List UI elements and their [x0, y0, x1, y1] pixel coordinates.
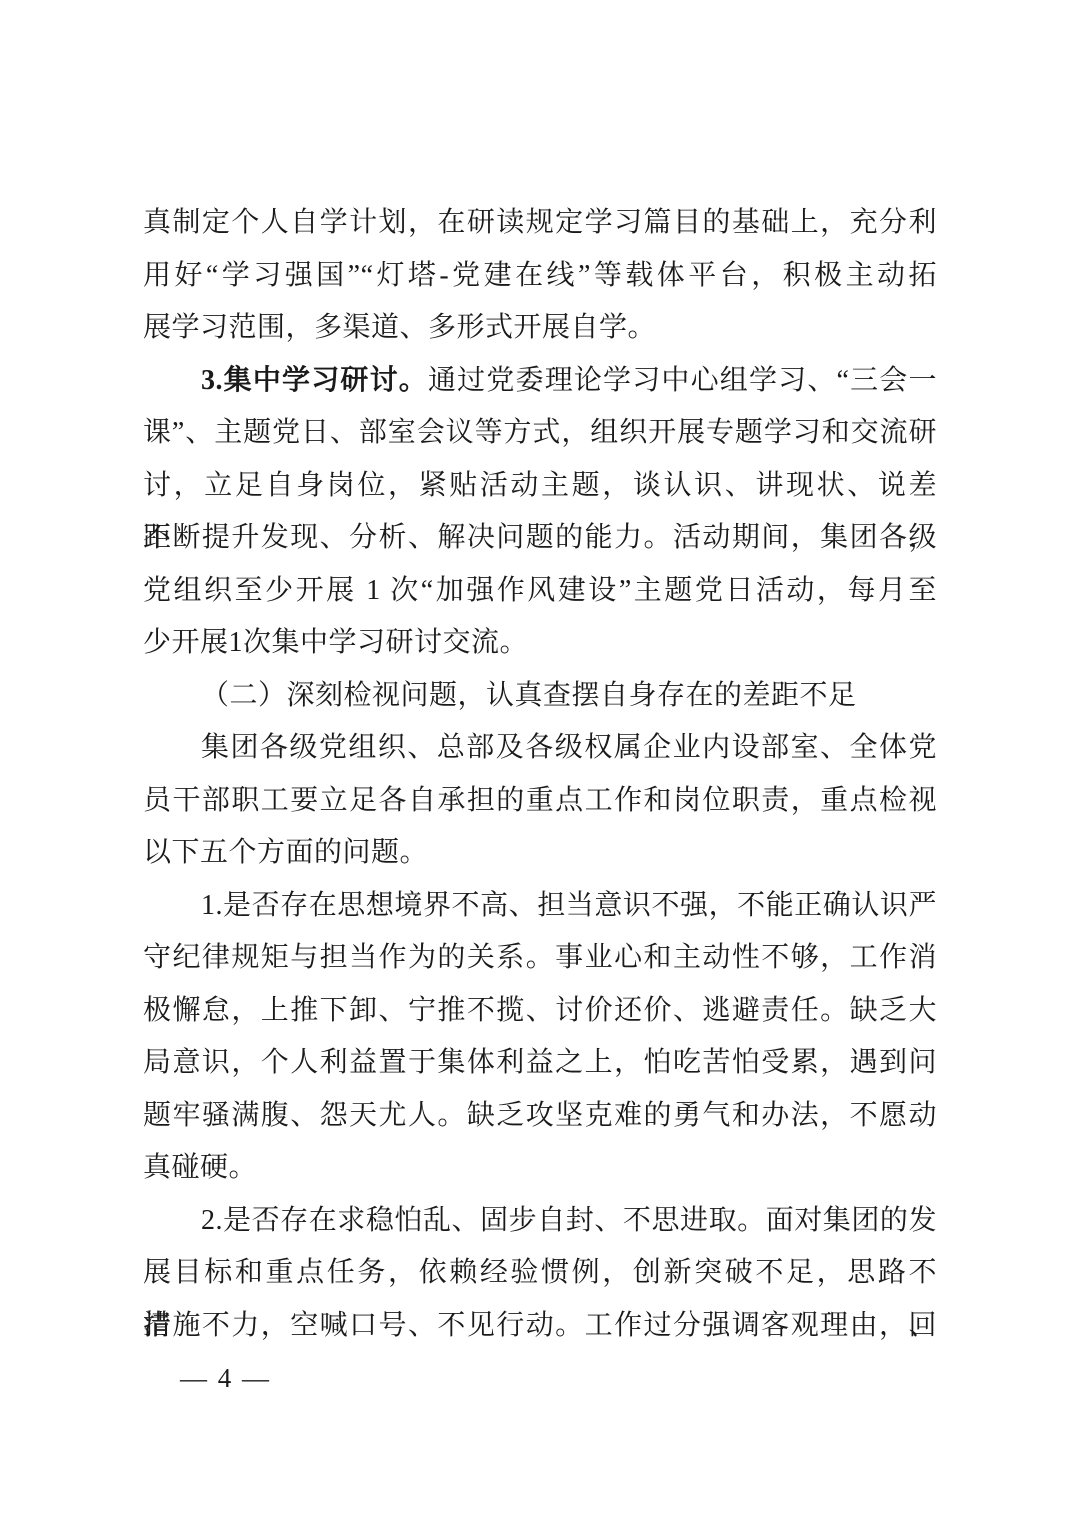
text-line: 极懈怠，上推下卸、宁推不揽、讨价还价、逃避责任。缺乏大 — [143, 985, 937, 1038]
text-line: 2.是否存在求稳怕乱、固步自封、不思进取。面对集团的发 — [143, 1195, 937, 1248]
text-line: 集团各级党组织、总部及各级权属企业内设部室、全体党 — [143, 722, 937, 775]
text-line: 用好“学习强国”“灯塔-党建在线”等载体平台，积极主动拓 — [143, 250, 937, 303]
text-line: 真碰硬。 — [143, 1142, 937, 1195]
text-line: 讨，立足自身岗位，紧贴活动主题，谈认识、讲现状、说差距， — [143, 460, 937, 513]
text-line: 党组织至少开展 1 次“加强作风建设”主题党日活动，每月至 — [143, 565, 937, 618]
text-run: 少开展1次集中学习研讨交流。 — [143, 627, 528, 658]
document-page: 真制定个人自学计划，在研读规定学习篇目的基础上，充分利 用好“学习强国”“灯塔-… — [0, 0, 1080, 1527]
text-run: （二）深刻检视问题，认真查摆自身存在的差距不足 — [201, 680, 857, 711]
text-line: 展学习范围，多渠道、多形式开展自学。 — [143, 302, 937, 355]
text-run: 课”、主题党日、部室会议等方式，组织开展专题学习和交流研 — [143, 417, 937, 448]
text-line: 不断提升发现、分析、解决问题的能力。活动期间，集团各级 — [143, 512, 937, 565]
text-line: 课”、主题党日、部室会议等方式，组织开展专题学习和交流研 — [143, 407, 937, 460]
bold-run: 3.集中学习研讨。 — [201, 365, 428, 396]
text-run: 1.是否存在思想境界不高、担当意识不强，不能正确认识严 — [201, 890, 937, 921]
text-line: 题牢骚满腹、怨天尤人。缺乏攻坚克难的勇气和办法，不愿动 — [143, 1090, 937, 1143]
text-line: 措施不力，空喊口号、不见行动。工作过分强调客观理由，回 — [143, 1300, 937, 1353]
text-run: 不断提升发现、分析、解决问题的能力。活动期间，集团各级 — [143, 522, 937, 553]
text-run: 员干部职工要立足各自承担的重点工作和岗位职责，重点检视 — [143, 785, 937, 816]
text-run: 通过党委理论学习中心组学习、“三会一 — [428, 365, 937, 396]
text-run: 党组织至少开展 1 次“加强作风建设”主题党日活动，每月至 — [143, 575, 937, 606]
text-line: 真制定个人自学计划，在研读规定学习篇目的基础上，充分利 — [143, 197, 937, 250]
text-run: 极懈怠，上推下卸、宁推不揽、讨价还价、逃避责任。缺乏大 — [143, 995, 937, 1026]
text-line: 员干部职工要立足各自承担的重点工作和岗位职责，重点检视 — [143, 775, 937, 828]
text-line: 局意识，个人利益置于集体利益之上，怕吃苦怕受累，遇到问 — [143, 1037, 937, 1090]
document-body: 真制定个人自学计划，在研读规定学习篇目的基础上，充分利 用好“学习强国”“灯塔-… — [143, 197, 937, 1352]
text-line: 展目标和重点任务，依赖经验惯例，创新突破不足，思路不清、 — [143, 1247, 937, 1300]
text-line: 守纪律规矩与担当作为的关系。事业心和主动性不够，工作消 — [143, 932, 937, 985]
text-run: 措施不力，空喊口号、不见行动。工作过分强调客观理由，回 — [143, 1310, 937, 1341]
text-run: 2.是否存在求稳怕乱、固步自封、不思进取。面对集团的发 — [201, 1205, 937, 1236]
section-heading: （二）深刻检视问题，认真查摆自身存在的差距不足 — [143, 670, 937, 723]
text-line: 少开展1次集中学习研讨交流。 — [143, 617, 937, 670]
text-run: 守纪律规矩与担当作为的关系。事业心和主动性不够，工作消 — [143, 942, 937, 973]
text-run: 局意识，个人利益置于集体利益之上，怕吃苦怕受累，遇到问 — [143, 1047, 937, 1078]
text-run: 以下五个方面的问题。 — [143, 837, 428, 868]
text-run: 题牢骚满腹、怨天尤人。缺乏攻坚克难的勇气和办法，不愿动 — [143, 1100, 937, 1131]
page-number: — 4 — — [180, 1360, 271, 1396]
text-run: 展学习范围，多渠道、多形式开展自学。 — [143, 312, 656, 343]
text-line: 1.是否存在思想境界不高、担当意识不强，不能正确认识严 — [143, 880, 937, 933]
text-run: 真制定个人自学计划，在研读规定学习篇目的基础上，充分利 — [143, 207, 937, 238]
text-run: 用好“学习强国”“灯塔-党建在线”等载体平台，积极主动拓 — [143, 260, 937, 291]
text-run: 集团各级党组织、总部及各级权属企业内设部室、全体党 — [201, 732, 937, 763]
text-line: 以下五个方面的问题。 — [143, 827, 937, 880]
text-run: 真碰硬。 — [143, 1152, 257, 1183]
text-line: 3.集中学习研讨。通过党委理论学习中心组学习、“三会一 — [143, 355, 937, 408]
